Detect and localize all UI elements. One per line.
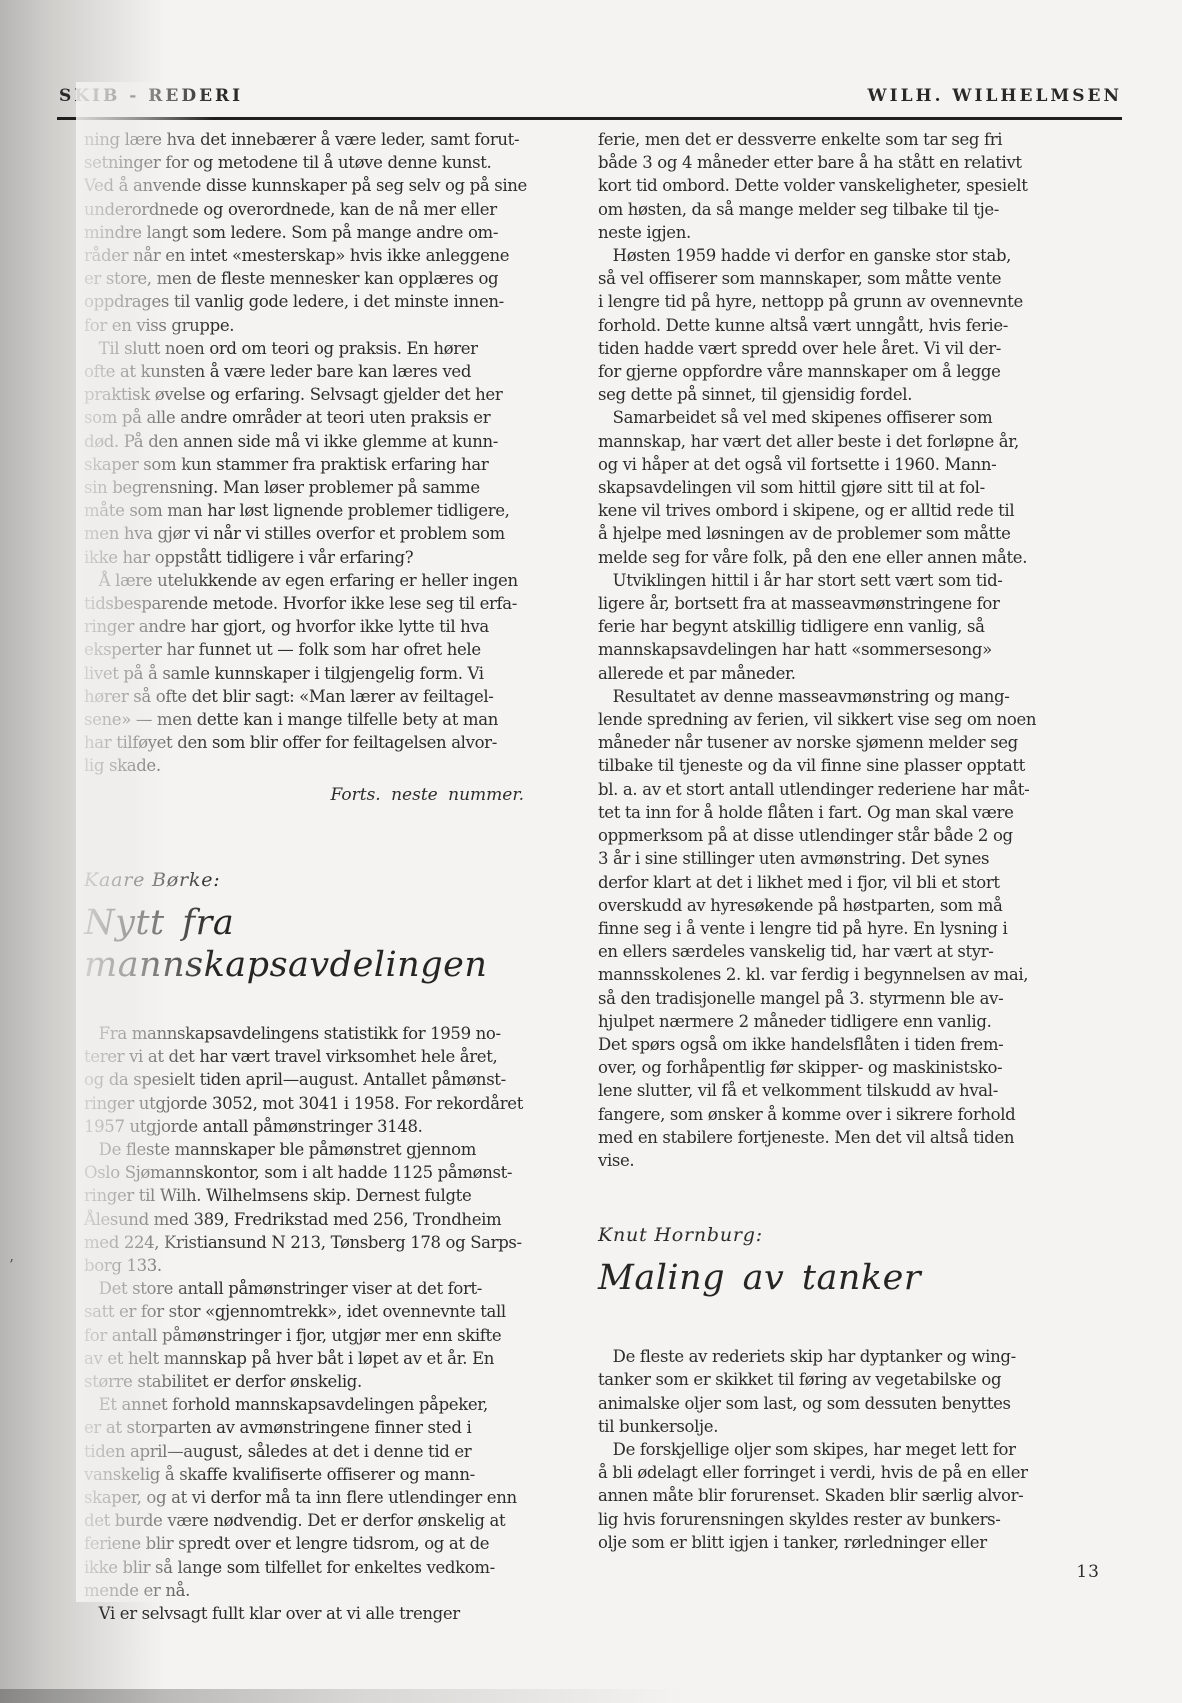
body-paragraph: Utviklingen hittil i år har stort sett v… (598, 569, 1078, 685)
header-rule (57, 117, 1122, 120)
article-title: Maling av tanker (598, 1257, 1078, 1299)
body-paragraph: De fleste mannskaper ble påmønstret gjen… (84, 1138, 564, 1277)
running-head-section: SKIB - REDERI (59, 86, 243, 106)
article-title: Nytt fra mannskapsavdelingen (84, 902, 564, 986)
left-column: ning lære hva det innebærer å være leder… (84, 128, 564, 1625)
body-paragraph: Høsten 1959 hadde vi derfor en ganske st… (598, 244, 1078, 406)
body-paragraph: Et annet forhold mannskapsavdelingen påp… (84, 1393, 564, 1602)
body-paragraph: Å lære utelukkende av egen erfaring er h… (84, 569, 564, 778)
body-paragraph: Det store antall påmønstringer viser at … (84, 1277, 564, 1393)
body-paragraph: Til slutt noen ord om teori og praksis. … (84, 337, 564, 569)
page-bottom-edge-shadow (0, 1689, 1182, 1703)
scan-artifact-mark: ’ (9, 1256, 14, 1274)
running-head-publisher: WILH. WILHELMSEN (868, 86, 1122, 106)
body-paragraph: Samarbeidet så vel med skipenes offisere… (598, 406, 1078, 568)
body-paragraph: De forskjellige oljer som skipes, har me… (598, 1438, 1078, 1554)
page-number: 13 (1040, 1562, 1100, 1582)
body-paragraph: ferie, men det er dessverre enkelte som … (598, 128, 1078, 244)
right-column: ferie, men det er dessverre enkelte som … (598, 128, 1078, 1554)
article-byline: Knut Hornburg: (598, 1224, 1078, 1247)
article-byline: Kaare Børke: (84, 869, 564, 892)
body-paragraph: Vi er selvsagt fullt klar over at vi all… (84, 1602, 564, 1625)
scanned-magazine-page: SKIB - REDERI WILH. WILHELMSEN ning lære… (0, 0, 1182, 1703)
body-paragraph: De fleste av rederiets skip har dyptanke… (598, 1345, 1078, 1438)
body-paragraph: Resultatet av denne masseavmønstring og … (598, 685, 1078, 1172)
body-paragraph: Fra mannskapsavdelingens statistikk for … (84, 1022, 564, 1138)
continuation-note: Forts. neste nummer. (84, 784, 524, 807)
body-paragraph: ning lære hva det innebærer å være leder… (84, 128, 564, 337)
